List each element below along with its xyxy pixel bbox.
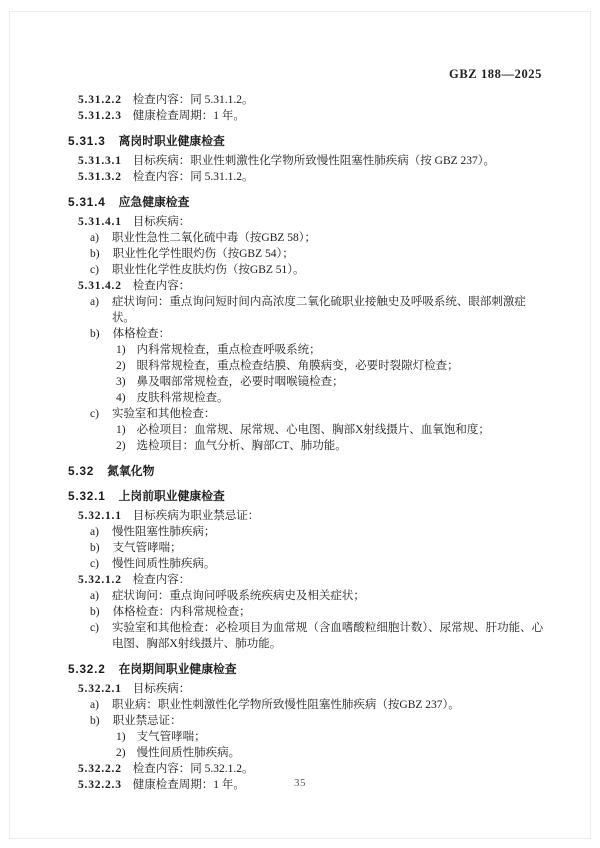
line-text: 职业病：职业性刺激性化学物所致慢性阻塞性肺疾病（按GBZ 237）。 bbox=[112, 697, 546, 713]
line-number: b) bbox=[90, 540, 100, 556]
line-number: 5.31.3.1 bbox=[78, 153, 122, 169]
line-number: 5.32 bbox=[68, 463, 94, 479]
line-number: 5.31.3.2 bbox=[78, 169, 122, 185]
doc-line: 2)选检项目：血气分析、胸部CT、肺功能。 bbox=[0, 438, 546, 454]
doc-line: 5.32.1.1目标疾病为职业禁忌证： bbox=[0, 508, 546, 524]
line-number: a) bbox=[90, 524, 99, 540]
doc-line: 5.31.2.2检查内容：同 5.31.1.2。 bbox=[0, 92, 546, 108]
line-number: a) bbox=[90, 697, 99, 713]
line-text: 检查内容：同 5.31.1.2。 bbox=[133, 92, 546, 108]
line-text: 支气管哮喘； bbox=[113, 540, 546, 556]
line-text: 离岗时职业健康检查 bbox=[119, 133, 546, 149]
doc-line: c)实验室和其他检查：必检项目为血常规（含血嗜酸粒细胞计数）、尿常规、肝功能、心… bbox=[0, 620, 546, 652]
section-heading: 5.32氮氧化物 bbox=[0, 463, 546, 479]
doc-line: 2)眼科常规检查，重点检查结膜、角膜病变，必要时裂隙灯检查； bbox=[0, 358, 546, 374]
doc-line: 1)必检项目：血常规、尿常规、心电图、胸部X射线摄片、血氧饱和度； bbox=[0, 422, 546, 438]
line-number: 5.32.1.1 bbox=[78, 508, 122, 524]
line-text: 目标疾病：职业性刺激性化学物所致慢性阻塞性肺疾病（按 GBZ 237）。 bbox=[133, 153, 546, 169]
doc-line: 5.31.4.1目标疾病： bbox=[0, 214, 546, 230]
line-number: a) bbox=[90, 588, 99, 604]
line-number: b) bbox=[90, 326, 100, 342]
line-number: 5.32.1 bbox=[68, 488, 106, 504]
line-text: 皮肤科常规检查。 bbox=[137, 390, 546, 406]
doc-line: 3)鼻及咽部常规检查，必要时咽喉镜检查； bbox=[0, 374, 546, 390]
line-number: c) bbox=[90, 406, 99, 422]
doc-line: a)慢性阻塞性肺疾病； bbox=[0, 524, 546, 540]
doc-line: 1)内科常规检查，重点检查呼吸系统； bbox=[0, 342, 546, 358]
line-text: 应急健康检查 bbox=[119, 194, 546, 210]
document-page: GBZ 188—2025 5.31.2.2检查内容：同 5.31.1.2。5.3… bbox=[0, 0, 600, 848]
page-number: 35 bbox=[0, 777, 600, 789]
line-number: c) bbox=[90, 262, 99, 278]
line-text: 实验室和其他检查： bbox=[112, 406, 546, 422]
line-text: 目标疾病： bbox=[133, 681, 546, 697]
section-heading: 5.32.2在岗期间职业健康检查 bbox=[0, 661, 546, 677]
line-number: b) bbox=[90, 246, 100, 262]
line-text: 氮氧化物 bbox=[107, 463, 546, 479]
doc-line: a)职业病：职业性刺激性化学物所致慢性阻塞性肺疾病（按GBZ 237）。 bbox=[0, 697, 546, 713]
doc-line: 5.32.1.2检查内容： bbox=[0, 572, 546, 588]
doc-line: 2)慢性间质性肺疾病。 bbox=[0, 745, 546, 761]
line-text: 眼科常规检查，重点检查结膜、角膜病变，必要时裂隙灯检查； bbox=[137, 358, 546, 374]
doc-line: b)支气管哮喘； bbox=[0, 540, 546, 556]
line-text: 职业性急性二氧化硫中毒（按GBZ 58）； bbox=[112, 230, 546, 246]
doc-line: a)症状询问：重点询问短时间内高浓度二氧化硫职业接触史及呼吸系统、眼部刺激症状。 bbox=[0, 294, 546, 326]
doc-line: 1)支气管哮喘； bbox=[0, 729, 546, 745]
line-text: 目标疾病为职业禁忌证： bbox=[133, 508, 546, 524]
section-heading: 5.32.1上岗前职业健康检查 bbox=[0, 488, 546, 504]
line-number: a) bbox=[90, 294, 99, 310]
doc-line: b)职业禁忌证： bbox=[0, 713, 546, 729]
line-number: 2) bbox=[116, 438, 126, 454]
line-text: 慢性间质性肺疾病。 bbox=[112, 556, 546, 572]
line-number: 3) bbox=[116, 374, 126, 390]
line-text: 职业性化学性眼灼伤（按GBZ 54）； bbox=[113, 246, 546, 262]
line-number: 5.32.2 bbox=[68, 661, 106, 677]
document-body: 5.31.2.2检查内容：同 5.31.1.2。5.31.2.3健康检查周期：1… bbox=[0, 92, 546, 793]
line-text: 内科常规检查，重点检查呼吸系统； bbox=[137, 342, 546, 358]
line-number: 5.31.2.2 bbox=[78, 92, 122, 108]
line-text: 支气管哮喘； bbox=[137, 729, 546, 745]
line-number: 5.32.2.1 bbox=[78, 681, 122, 697]
doc-line: 5.31.3.1目标疾病：职业性刺激性化学物所致慢性阻塞性肺疾病（按 GBZ 2… bbox=[0, 153, 546, 169]
doc-line: b)体格检查： bbox=[0, 326, 546, 342]
section-heading: 5.31.3离岗时职业健康检查 bbox=[0, 133, 546, 149]
doc-line: c)实验室和其他检查： bbox=[0, 406, 546, 422]
doc-line: 4)皮肤科常规检查。 bbox=[0, 390, 546, 406]
doc-line: 5.32.2.2检查内容：同 5.32.1.2。 bbox=[0, 761, 546, 777]
section-heading: 5.31.4应急健康检查 bbox=[0, 194, 546, 210]
line-text: 健康检查周期：1 年。 bbox=[133, 108, 546, 124]
line-text: 慢性阻塞性肺疾病； bbox=[112, 524, 546, 540]
line-number: 2) bbox=[116, 745, 126, 761]
doc-line: 5.32.2.1目标疾病： bbox=[0, 681, 546, 697]
line-number: c) bbox=[90, 556, 99, 572]
line-text: 症状询问：重点询问短时间内高浓度二氧化硫职业接触史及呼吸系统、眼部刺激症状。 bbox=[112, 294, 546, 326]
doc-line: c)慢性间质性肺疾病。 bbox=[0, 556, 546, 572]
line-number: 5.31.4.1 bbox=[78, 214, 122, 230]
line-text: 症状询问：重点询问呼吸系统疾病史及相关症状； bbox=[112, 588, 546, 604]
line-number: 2) bbox=[116, 358, 126, 374]
doc-line: 5.31.4.2检查内容： bbox=[0, 278, 546, 294]
line-number: 5.31.4.2 bbox=[78, 278, 122, 294]
line-number: 1) bbox=[116, 729, 126, 745]
line-text: 体格检查：内科常规检查； bbox=[113, 604, 546, 620]
line-text: 检查内容：同 5.32.1.2。 bbox=[133, 761, 546, 777]
line-text: 上岗前职业健康检查 bbox=[119, 488, 546, 504]
doc-line: b)职业性化学性眼灼伤（按GBZ 54）； bbox=[0, 246, 546, 262]
line-text: 检查内容： bbox=[133, 572, 546, 588]
doc-line: a)职业性急性二氧化硫中毒（按GBZ 58）； bbox=[0, 230, 546, 246]
line-text: 在岗期间职业健康检查 bbox=[119, 661, 546, 677]
line-number: 1) bbox=[116, 342, 126, 358]
line-number: b) bbox=[90, 713, 100, 729]
line-text: 必检项目：血常规、尿常规、心电图、胸部X射线摄片、血氧饱和度； bbox=[137, 422, 546, 438]
line-text: 职业性化学性皮肤灼伤（按GBZ 51）。 bbox=[112, 262, 546, 278]
line-text: 检查内容：同 5.31.1.2。 bbox=[133, 169, 546, 185]
line-number: b) bbox=[90, 604, 100, 620]
line-number: 5.32.2.2 bbox=[78, 761, 122, 777]
line-number: 4) bbox=[116, 390, 126, 406]
line-text: 职业禁忌证： bbox=[113, 713, 546, 729]
standard-number-header: GBZ 188—2025 bbox=[449, 67, 542, 82]
doc-line: b)体格检查：内科常规检查； bbox=[0, 604, 546, 620]
line-text: 鼻及咽部常规检查，必要时咽喉镜检查； bbox=[137, 374, 546, 390]
line-number: 5.31.2.3 bbox=[78, 108, 122, 124]
line-text: 目标疾病： bbox=[133, 214, 546, 230]
line-text: 选检项目：血气分析、胸部CT、肺功能。 bbox=[137, 438, 546, 454]
line-number: a) bbox=[90, 230, 99, 246]
doc-line: a)症状询问：重点询问呼吸系统疾病史及相关症状； bbox=[0, 588, 546, 604]
doc-line: 5.31.2.3健康检查周期：1 年。 bbox=[0, 108, 546, 124]
line-number: 5.31.3 bbox=[68, 133, 106, 149]
line-number: 5.32.1.2 bbox=[78, 572, 122, 588]
line-number: c) bbox=[90, 620, 99, 636]
line-text: 实验室和其他检查：必检项目为血常规（含血嗜酸粒细胞计数）、尿常规、肝功能、心电图… bbox=[112, 620, 546, 652]
line-number: 1) bbox=[116, 422, 126, 438]
line-number: 5.31.4 bbox=[68, 194, 106, 210]
line-text: 慢性间质性肺疾病。 bbox=[137, 745, 546, 761]
doc-line: 5.31.3.2检查内容：同 5.31.1.2。 bbox=[0, 169, 546, 185]
doc-line: c)职业性化学性皮肤灼伤（按GBZ 51）。 bbox=[0, 262, 546, 278]
line-text: 体格检查： bbox=[113, 326, 546, 342]
line-text: 检查内容： bbox=[133, 278, 546, 294]
